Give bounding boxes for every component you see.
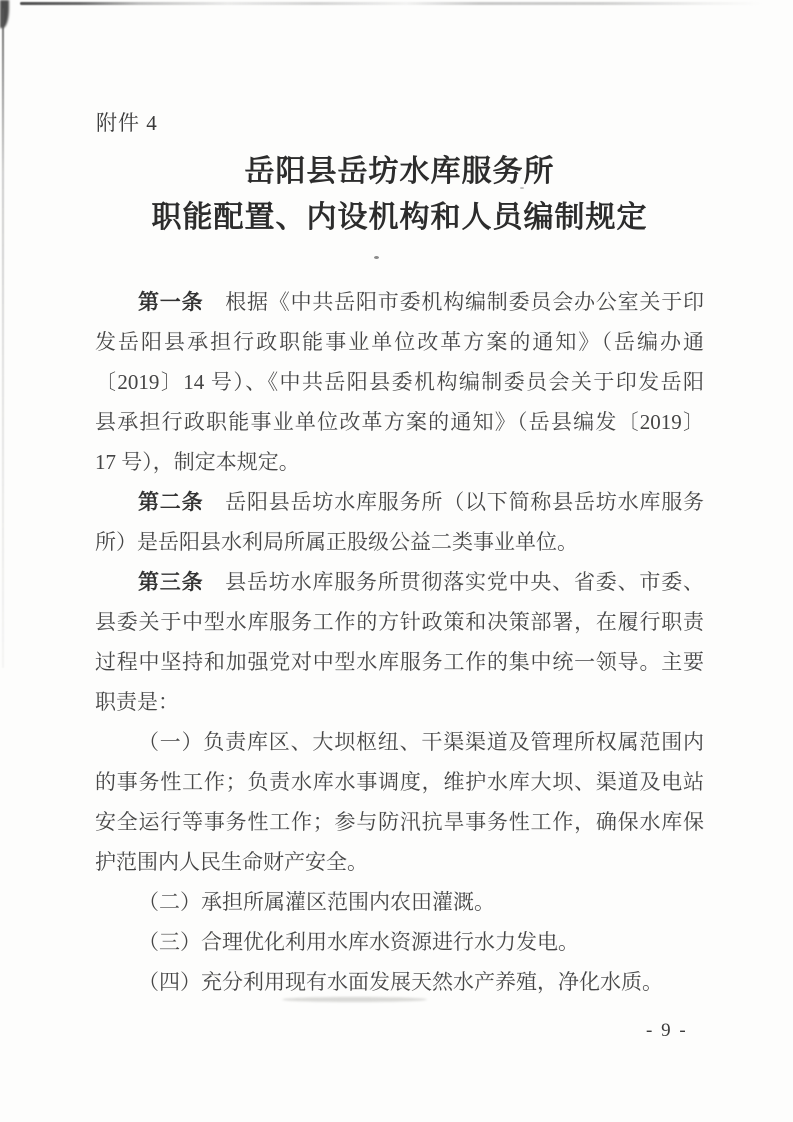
line-text: 〔2019〕14 号）、《中共岳阳县委机构编制委员会关于印发岳阳 xyxy=(95,370,704,394)
line-text: 县承担行政职能事业单位改革方案的通知》（岳县编发〔2019〕 xyxy=(95,410,704,434)
line-text: 职责是： xyxy=(95,690,179,714)
line-text: 所）是岳阳县水利局所属正股级公益二类事业单位。 xyxy=(95,530,578,554)
body-line: （一）负责库区、大坝枢纽、干渠渠道及管理所权属范围内 xyxy=(95,722,704,762)
line-text: （一）负责库区、大坝枢纽、干渠渠道及管理所权属范围内 xyxy=(138,730,704,754)
body-line: （三）合理优化利用水库水资源进行水力发电。 xyxy=(95,922,704,962)
scan-artifact-left-line xyxy=(2,8,4,668)
document-title: 岳阳县岳坊水库服务所 职能配置、内设机构和人员编制规定 xyxy=(95,149,704,241)
document-title-line2: 职能配置、内设机构和人员编制规定 xyxy=(95,195,704,241)
line-text: 护范围内人民生命财产安全。 xyxy=(95,850,368,874)
body-line: （四）充分利用现有水面发展天然水产养殖，净化水质。 xyxy=(95,962,704,1002)
line-text: 17 号），制定本规定。 xyxy=(95,450,300,474)
document-title-line1: 岳阳县岳坊水库服务所 xyxy=(95,149,704,195)
line-text: 安全运行等事务性工作；参与防汛抗旱事务性工作，确保水库保 xyxy=(95,810,704,834)
body-line: 过程中坚持和加强党对中型水库服务工作的集中统一领导。主要 xyxy=(95,642,704,682)
page-number: - 9 - xyxy=(646,1020,688,1042)
line-text: （四）充分利用现有水面发展天然水产养殖，净化水质。 xyxy=(138,970,663,994)
article-number: 第三条 xyxy=(138,570,203,594)
body-line: 安全运行等事务性工作；参与防汛抗旱事务性工作，确保水库保 xyxy=(95,802,704,842)
line-text: 发岳阳县承担行政职能事业单位改革方案的通知》（岳编办通 xyxy=(95,330,704,354)
body-line: 17 号），制定本规定。 xyxy=(95,442,704,482)
line-text: 过程中坚持和加强党对中型水库服务工作的集中统一领导。主要 xyxy=(95,650,704,674)
body-line: 的事务性工作；负责水库水事调度，维护水库大坝、渠道及电站 xyxy=(95,762,704,802)
attachment-label: 附件 4 xyxy=(96,107,158,137)
line-text: 的事务性工作；负责水库水事调度，维护水库大坝、渠道及电站 xyxy=(95,770,704,794)
body-line: 发岳阳县承担行政职能事业单位改革方案的通知》（岳编办通 xyxy=(95,322,704,362)
body-line: 第二条 岳阳县岳坊水库服务所（以下简称县岳坊水库服务 xyxy=(95,482,704,522)
body-line: 〔2019〕14 号）、《中共岳阳县委机构编制委员会关于印发岳阳 xyxy=(95,362,704,402)
document-body: 第一条 根据《中共岳阳市委机构编制委员会办公室关于印 发岳阳县承担行政职能事业单… xyxy=(95,282,704,1002)
body-line: 第一条 根据《中共岳阳市委机构编制委员会办公室关于印 xyxy=(95,282,704,322)
body-line: 县委关于中型水库服务工作的方针政策和决策部署，在履行职责 xyxy=(95,602,704,642)
body-line: （二）承担所属灌区范围内农田灌溉。 xyxy=(95,882,704,922)
line-text: 根据《中共岳阳市委机构编制委员会办公室关于印 xyxy=(203,290,704,314)
article-number: 第二条 xyxy=(138,490,203,514)
body-line: 第三条 县岳坊水库服务所贯彻落实党中央、省委、市委、 xyxy=(95,562,704,602)
body-line: 所）是岳阳县水利局所属正股级公益二类事业单位。 xyxy=(95,522,704,562)
body-line: 护范围内人民生命财产安全。 xyxy=(95,842,704,882)
article-number: 第一条 xyxy=(138,290,203,314)
line-text: 县岳坊水库服务所贯彻落实党中央、省委、市委、 xyxy=(203,570,704,594)
scan-artifact-speck xyxy=(374,256,379,259)
line-text: （二）承担所属灌区范围内农田灌溉。 xyxy=(138,890,495,914)
line-text: （三）合理优化利用水库水资源进行水力发电。 xyxy=(138,930,579,954)
scan-artifact-top-line xyxy=(20,2,762,5)
body-line: 县承担行政职能事业单位改革方案的通知》（岳县编发〔2019〕 xyxy=(95,402,704,442)
line-text: 县委关于中型水库服务工作的方针政策和决策部署，在履行职责 xyxy=(95,610,704,634)
body-line: 职责是： xyxy=(95,682,704,722)
scanned-document-page: 附件 4 岳阳县岳坊水库服务所 职能配置、内设机构和人员编制规定 第一条 根据《… xyxy=(0,0,793,1122)
line-text: 岳阳县岳坊水库服务所（以下简称县岳坊水库服务 xyxy=(203,490,704,514)
